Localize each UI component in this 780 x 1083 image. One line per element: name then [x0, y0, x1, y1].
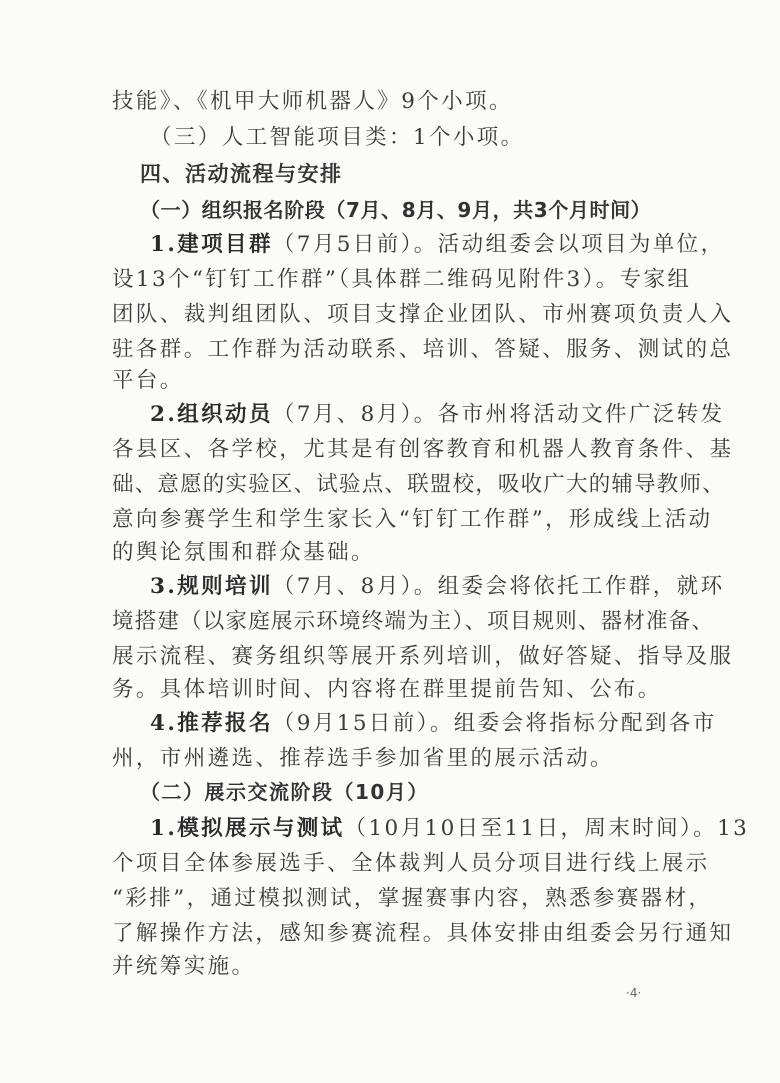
- text-line: 个项目全体参展选手、全体裁判人员分项目进行线上展示: [112, 847, 645, 881]
- item-text: （10月10日至11日，周末时间）。13: [345, 816, 750, 841]
- item-text: （9月15日前）。组委会将指标分配到各市: [273, 711, 717, 736]
- text-line: 团队、裁判组团队、项目支撑企业团队、市州赛项负责人入: [112, 298, 645, 332]
- text-line: 境搭建（以家庭展示环境终端为主）、项目规则、器材准备、: [112, 605, 645, 639]
- item-text: （7月、8月）。组委会将依托工作群，就环: [273, 574, 725, 599]
- text-line: 展示流程、赛务组织等展开系列培训，做好答疑、指导及服: [112, 640, 645, 674]
- subsection-heading-3: （三）人工智能项目类：1个小项。: [150, 121, 683, 155]
- item-text: （7月、8月）。各市州将活动文件广泛转发: [273, 402, 725, 427]
- text-line: 了解操作方法，感知参赛流程。具体安排由组委会另行通知: [112, 917, 645, 951]
- text-line: 各县区、各学校，尤其是有创客教育和机器人教育条件、基: [112, 433, 645, 467]
- text-line: 驻各群。工作群为活动联系、培训、答疑、服务、测试的总: [112, 333, 645, 367]
- item-title: 4.推荐报名: [150, 711, 273, 736]
- item-title: 1.建项目群: [150, 232, 273, 257]
- text-line: 设13个“钉钉工作群”（具体群二维码见附件3）。专家组: [112, 263, 645, 297]
- text-line: “彩排”，通过模拟测试，掌握赛事内容，熟悉参赛器材，: [112, 882, 645, 916]
- page-number: ·4·: [626, 986, 641, 1000]
- item-text: （7月5日前）。活动组委会以项目为单位，: [273, 232, 725, 257]
- paragraph-1-line: 1.建项目群（7月5日前）。活动组委会以项目为单位，: [150, 228, 683, 262]
- text-line: 州，市州遴选、推荐选手参加省里的展示活动。: [112, 742, 645, 776]
- subsection-heading-1: （一）组织报名阶段（7月、8月、9月，共3个月时间）: [140, 193, 673, 227]
- section-heading-4: 四、活动流程与安排: [140, 157, 673, 191]
- text-line: 的舆论氛围和群众基础。: [112, 536, 645, 570]
- subsection-heading-2: （二）展示交流阶段（10月）: [140, 775, 673, 809]
- text-line: 平台。: [112, 364, 645, 398]
- paragraph-2-line: 2.组织动员（7月、8月）。各市州将活动文件广泛转发: [150, 398, 683, 432]
- paragraph-5-line: 1.模拟展示与测试（10月10日至11日，周末时间）。13: [150, 812, 683, 846]
- paragraph-3-line: 3.规则培训（7月、8月）。组委会将依托工作群，就环: [150, 570, 683, 604]
- text-line: 务。具体培训时间、内容将在群里提前告知、公布。: [112, 673, 645, 707]
- paragraph-4-line: 4.推荐报名（9月15日前）。组委会将指标分配到各市: [150, 707, 683, 741]
- text-line: 并统筹实施。: [112, 950, 645, 984]
- text-line: 技能》、《机甲大师机器人》9个小项。: [112, 85, 645, 119]
- document-page: 技能》、《机甲大师机器人》9个小项。 （三）人工智能项目类：1个小项。 四、活动…: [0, 0, 780, 1083]
- item-title: 3.规则培训: [150, 574, 273, 599]
- text-line: 础、意愿的实验区、试验点、联盟校，吸收广大的辅导教师、: [112, 468, 645, 502]
- text-line: 意向参赛学生和学生家长入“钉钉工作群”，形成线上活动: [112, 503, 645, 537]
- item-title: 1.模拟展示与测试: [150, 816, 345, 841]
- item-title: 2.组织动员: [150, 402, 273, 427]
